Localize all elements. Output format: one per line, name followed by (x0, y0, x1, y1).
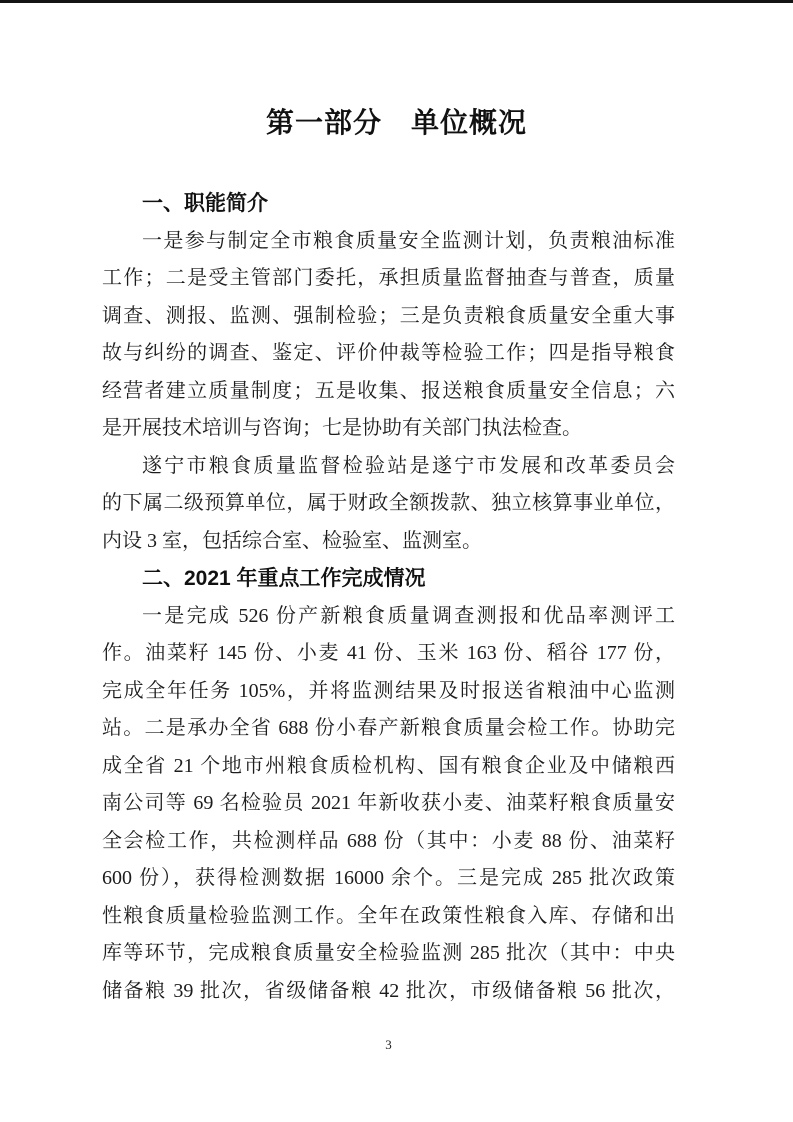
body-line: 600 份），获得检测数据 16000 余个。三是完成 285 批次政策 (102, 860, 675, 898)
paragraph-organization: 遂宁市粮食质量监督检验站是遂宁市发展和改革委员会 的下属二级预算单位，属于财政全… (102, 448, 675, 561)
body-line: 调查、测报、监测、强制检验；三是负责粮食质量安全重大事 (102, 298, 675, 336)
body-line: 成全省 21 个地市州粮食质检机构、国有粮食企业及中储粮西 (102, 748, 675, 786)
body-line: 内设 3 室，包括综合室、检验室、监测室。 (102, 523, 675, 561)
body-line: 作。油菜籽 145 份、小麦 41 份、玉米 163 份、稻谷 177 份， (102, 635, 675, 673)
document-body: 一、职能简介 一是参与制定全市粮食质量安全监测计划，负责粮油标准 工作；二是受主… (102, 185, 675, 1010)
body-line: 一是完成 526 份产新粮食质量调查测报和优品率测评工 (102, 598, 675, 636)
body-line: 性粮食质量检验监测工作。全年在政策性粮食入库、存储和出 (102, 898, 675, 936)
body-line: 全会检工作，共检测样品 688 份（其中：小麦 88 份、油菜籽 (102, 823, 675, 861)
body-line: 的下属二级预算单位，属于财政全额拨款、独立核算事业单位， (102, 485, 675, 523)
section-heading-functions: 一、职能简介 (102, 185, 675, 223)
body-line: 故与纠纷的调查、鉴定、评价仲裁等检验工作；四是指导粮食 (102, 335, 675, 373)
body-line: 是开展技术培训与咨询；七是协助有关部门执法检查。 (102, 410, 675, 448)
body-line: 遂宁市粮食质量监督检验站是遂宁市发展和改革委员会 (102, 448, 675, 486)
body-line: 南公司等 69 名检验员 2021 年新收获小麦、油菜籽粮食质量安 (102, 785, 675, 823)
body-line: 工作；二是受主管部门委托，承担质量监督抽查与普查，质量 (102, 260, 675, 298)
document-title: 第一部分 单位概况 (0, 100, 793, 145)
scan-top-edge (0, 0, 793, 3)
paragraph-2021-work: 一是完成 526 份产新粮食质量调查测报和优品率测评工 作。油菜籽 145 份、… (102, 598, 675, 1011)
body-line: 经营者建立质量制度；五是收集、报送粮食质量安全信息；六 (102, 373, 675, 411)
body-line: 一是参与制定全市粮食质量安全监测计划，负责粮油标准 (102, 223, 675, 261)
page-number: 3 (102, 1036, 675, 1054)
body-line: 完成全年任务 105%，并将监测结果及时报送省粮油中心监测 (102, 673, 675, 711)
paragraph-functions: 一是参与制定全市粮食质量安全监测计划，负责粮油标准 工作；二是受主管部门委托，承… (102, 223, 675, 448)
section-heading-2021-work: 二、2021 年重点工作完成情况 (102, 560, 675, 598)
body-line: 站。二是承办全省 688 份小春产新粮食质量会检工作。协助完 (102, 710, 675, 748)
body-line: 储备粮 39 批次，省级储备粮 42 批次，市级储备粮 56 批次， (102, 973, 675, 1011)
body-line: 库等环节，完成粮食质量安全检验监测 285 批次（其中：中央 (102, 935, 675, 973)
